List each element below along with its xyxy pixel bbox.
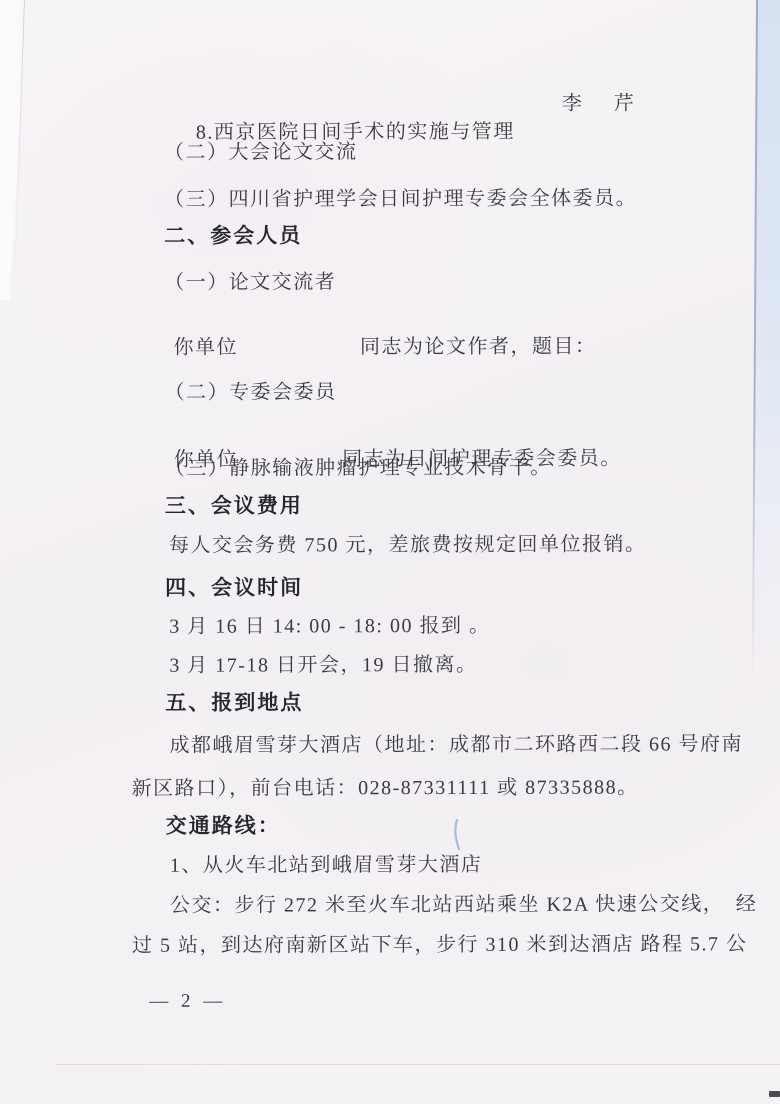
section-5-line-1: 成都峨眉雪芽大酒店（地址：成都市二环路西二段 66 号府南 [131, 730, 743, 760]
scanned-page: 8.西京医院日间手术的实施与管理 李 芹 （二）大会论文交流 （三）四川省护理学… [0, 0, 780, 1104]
transport-heading: 交通路线： [132, 812, 281, 840]
section-4-line-2: 3 月 17-18 日开会，19 日撤离。 [131, 651, 477, 680]
fill-line-prefix: 你单位 [173, 337, 238, 359]
transport-route-1-line-1: 公交：步行 272 米至火车北站西站乘坐 K2A 快速公交线， 经 [132, 890, 757, 920]
section-2-item-1-fill-line: 你单位同志为论文作者，题目： [130, 305, 596, 390]
page-number: — 2 — [149, 991, 226, 1013]
transport-route-1-line-2: 过 5 站，到达府南新区站下车，步行 310 米到达酒店 路程 5.7 公 [132, 930, 748, 960]
section-4-heading: 四、会议时间 [131, 574, 303, 602]
agenda-item-paper-exchange: （二）大会论文交流 [130, 138, 358, 167]
document-body: 8.西京医院日间手术的实施与管理 李 芹 （二）大会论文交流 （三）四川省护理学… [130, 0, 780, 1104]
section-5-line-2: 新区路口），前台电话：028-87331111 或 87335888。 [132, 774, 639, 803]
agenda-item-committee: （三）四川省护理学会日间护理专委会全体委员。 [130, 185, 637, 214]
section-3-body: 每人交会务费 750 元，差旅费按规定回单位报销。 [131, 530, 647, 559]
agenda-item-8-speaker: 李 芹 [562, 90, 640, 118]
section-2-item-1: （一）论文交流者 [130, 268, 336, 297]
section-4-line-1: 3 月 16 日 14: 00 - 18: 00 报到 。 [131, 612, 490, 641]
section-3-heading: 三、会议费用 [131, 492, 303, 520]
fill-line-suffix: 同志为论文作者，题目： [360, 336, 597, 359]
section-2-heading: 二、参会人员 [130, 222, 302, 250]
section-2-item-2: （二）专委会委员 [131, 378, 337, 407]
section-5-heading: 五、报到地点 [131, 689, 303, 717]
section-2-item-3: （三）静脉输液肿瘤护理专业技术骨干。 [131, 454, 552, 483]
transport-route-1-title: 1、从火车北站到峨眉雪芽大酒店 [132, 851, 483, 880]
